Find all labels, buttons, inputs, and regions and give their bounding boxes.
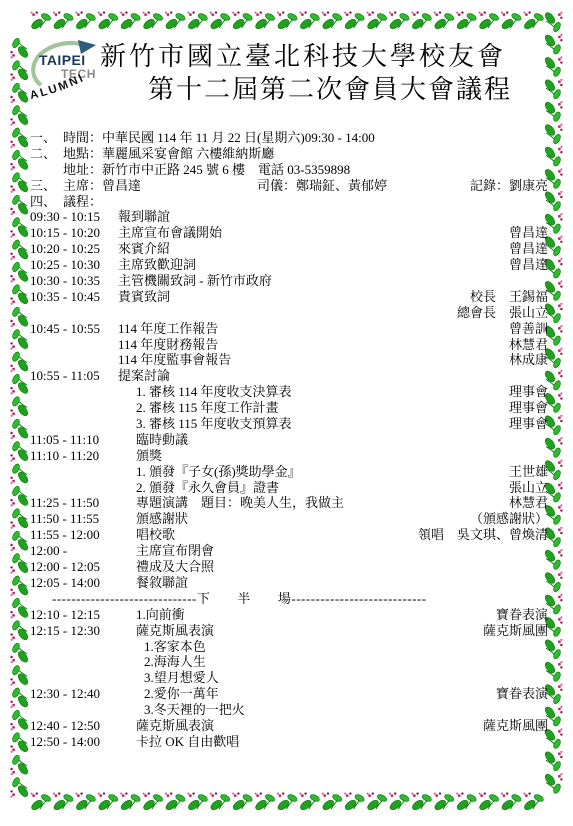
leaf-cluster-icon [30, 792, 52, 811]
agenda-presenter: 張山立 [509, 480, 548, 496]
leaf-cluster-icon [10, 597, 29, 619]
agenda-row: 2. 審核 115 年度工作計畫理事會 [30, 400, 548, 416]
info-row: 三、主席：曾昌達司儀：鄭瑞鉦、黃郁婷記錄：劉康亮 [30, 178, 548, 194]
info-number: 一、 [30, 130, 63, 146]
agenda-item-text: 2. 審核 115 年度工作計畫 [118, 400, 509, 416]
agenda-item-text: 禮成及大合照 [118, 559, 548, 575]
leaf-cluster-icon [120, 792, 142, 811]
organization-title: 新竹市國立臺北科技大學校友會 [100, 40, 548, 73]
agenda-item-text: 報到聯誼 [118, 209, 548, 225]
leaf-cluster-icon [10, 508, 29, 530]
agenda-item-text: 1. 審核 114 年度收支決算表 [118, 384, 509, 400]
agenda-row: 10:20 - 10:25來賓介紹曾昌達 [30, 241, 548, 257]
agenda-row: 12:00 -主席宣布閉會 [30, 543, 548, 559]
leaf-cluster-icon [52, 11, 74, 30]
leaf-cluster-icon [456, 792, 478, 811]
leaf-cluster-icon [10, 530, 29, 552]
agenda-item-text: 頒感謝狀 [118, 511, 470, 527]
logo-text-alumni: ALUMNI [29, 72, 87, 102]
leaf-cluster-icon [10, 575, 29, 597]
leaf-cluster-icon [209, 792, 231, 811]
agenda-row: 11:50 - 11:55頒感謝狀（頒感謝狀） [30, 511, 548, 527]
leaf-cluster-icon [544, 11, 563, 33]
leaf-cluster-icon [500, 792, 522, 811]
agenda-item-text: 2. 頒發『永久會員』證書 [118, 480, 509, 496]
agenda-item-text: 來賓介紹 [118, 241, 509, 257]
agenda-item-text: 114 年度財務報告 [118, 337, 509, 353]
leaf-cluster-icon [500, 11, 522, 30]
meeting-info-list: 一、時間：中華民國 114 年 11 月 22 日(星期六)09:30 - 14… [30, 130, 548, 209]
agenda-time [30, 337, 118, 353]
leaf-cluster-icon [10, 261, 29, 283]
leaf-cluster-icon [30, 11, 52, 30]
agenda-time [30, 352, 118, 368]
leaf-cluster-icon [10, 440, 29, 462]
agenda-presenter: （頒感謝狀） [470, 511, 548, 527]
info-row: 二、地點：華麗風采宴會館 六樓維納斯廳 [30, 146, 548, 162]
info-text: 時間：中華民國 114 年 11 月 22 日(星期六)09:30 - 14:0… [63, 130, 375, 146]
info-mid-text: 司儀：鄭瑞鉦、黃郁婷 [257, 178, 470, 194]
agenda-item-text: 卡拉 OK 自由歡唱 [118, 734, 548, 750]
leaf-cluster-icon [10, 664, 29, 686]
agenda-time: 12:30 - 12:40 [30, 686, 118, 702]
agenda-time: 12:50 - 14:00 [30, 734, 118, 750]
agenda-time: 11:55 - 12:00 [30, 527, 118, 543]
agenda-time: 10:45 - 10:55 [30, 321, 118, 337]
agenda-time: 11:10 - 11:20 [30, 448, 118, 464]
agenda-item-text: 提案討論 [118, 368, 548, 384]
agenda-time: 12:05 - 14:00 [30, 575, 118, 591]
agenda-presenter: 理事會 [509, 416, 548, 432]
agenda-time: 11:50 - 11:55 [30, 511, 118, 527]
leaf-cluster-icon [254, 792, 276, 811]
leaf-cluster-icon [544, 750, 563, 772]
leaf-cluster-icon [10, 351, 29, 373]
leaf-cluster-icon [456, 11, 478, 30]
agenda-row: 10:35 - 10:45貴賓致詞校長 王錫福 [30, 289, 548, 305]
agenda-row: 10:25 - 10:30主席致歡迎詞曾昌達 [30, 257, 548, 273]
leaf-cluster-icon [209, 11, 231, 30]
info-row: 四、議程： [30, 194, 548, 210]
agenda-item-text: 主席宣布會議開始 [118, 225, 509, 241]
agenda-time: 12:15 - 12:30 [30, 623, 118, 639]
info-number: 二、 [30, 146, 63, 162]
leaf-cluster-icon [10, 620, 29, 642]
leaf-cluster-icon [276, 792, 298, 811]
agenda-time: 11:25 - 11:50 [30, 495, 118, 511]
leaf-cluster-icon [10, 709, 29, 731]
agenda-row: 2. 頒發『永久會員』證書張山立 [30, 480, 548, 496]
agenda-row: 3. 審核 115 年度收支預算表理事會 [30, 416, 548, 432]
agenda-row: 11:55 - 12:00唱校歌領唱 吳文琪、曾煥清 [30, 527, 548, 543]
page-content: TAIPEI TECH ALUMNI 新竹市國立臺北科技大學校友會 第十二屆第二… [30, 36, 548, 750]
leaf-cluster-icon [10, 463, 29, 485]
leaf-cluster-icon [388, 11, 410, 30]
agenda-time: 10:25 - 10:30 [30, 257, 118, 273]
agenda-item-text: 薩克斯風表演 [118, 623, 483, 639]
taipei-tech-alumni-logo: TAIPEI TECH ALUMNI [26, 38, 100, 104]
agenda-time: 10:20 - 10:25 [30, 241, 118, 257]
agenda-item-text: 頒獎 [118, 448, 548, 464]
leaf-cluster-icon [97, 792, 119, 811]
agenda-presenter: 薩克斯風團 [483, 623, 548, 639]
agenda-presenter: 曾昌達 [509, 257, 548, 273]
agenda-time [30, 639, 118, 655]
agenda-item-text: 2.愛你一萬年 [118, 686, 496, 702]
info-number: 四、 [30, 194, 63, 210]
leaf-cluster-icon [142, 11, 164, 30]
agenda-item-text: 1. 頒發『子女(孫)獎助學金』 [118, 464, 509, 480]
info-number [30, 162, 63, 178]
agenda-item-text: 餐敘聯誼 [118, 575, 548, 591]
agenda-item-text: 3. 審核 115 年度收支預算表 [118, 416, 509, 432]
agenda-item-text: 主管機關致詞 - 新竹市政府 [118, 273, 548, 289]
agenda-time: 09:30 - 10:15 [30, 209, 118, 225]
leaf-cluster-icon [164, 792, 186, 811]
agenda-presenter: 理事會 [509, 400, 548, 416]
leaf-cluster-icon [366, 11, 388, 30]
agenda-time [30, 702, 118, 718]
agenda-presenter: 寶眷表演 [496, 686, 548, 702]
agenda-row: 1. 頒發『子女(孫)獎助學金』王世雄 [30, 464, 548, 480]
leaf-cluster-icon [10, 104, 29, 126]
agenda-item-text: 貴賓致詞 [118, 289, 470, 305]
info-text: 議程： [63, 194, 102, 210]
agenda-presenter: 曾昌達 [509, 225, 548, 241]
agenda-item-text: 主席宣布閉會 [118, 543, 548, 559]
leaf-cluster-icon [120, 11, 142, 30]
leaf-cluster-icon [544, 773, 563, 795]
agenda-item-text: 114 年度工作報告 [118, 321, 509, 337]
agenda-item-text: 3.望月想愛人 [118, 670, 548, 686]
agenda-presenter: 林成康 [509, 352, 548, 368]
agenda-item-text: 唱校歌 [118, 527, 418, 543]
agenda-time: 10:55 - 11:05 [30, 368, 118, 384]
agenda-item-text: 專題演講 題目：晚美人生，我做主 [118, 495, 509, 511]
agenda-presenter: 校長 王錫福 [470, 289, 548, 305]
agenda-row: 09:30 - 10:15報到聯誼 [30, 209, 548, 225]
agenda-row: 11:05 - 11:10臨時動議 [30, 432, 548, 448]
leaf-cluster-icon [433, 11, 455, 30]
agenda-time: 10:35 - 10:45 [30, 289, 118, 305]
agenda-time [30, 480, 118, 496]
info-text: 主席：曾昌達 [63, 178, 257, 194]
agenda-time: 12:00 - 12:05 [30, 559, 118, 575]
leaf-cluster-icon [10, 732, 29, 754]
leaf-cluster-icon [10, 127, 29, 149]
agenda-row: 10:55 - 11:05提案討論 [30, 368, 548, 384]
leaf-cluster-icon [232, 11, 254, 30]
leaf-cluster-icon [411, 11, 433, 30]
agenda-row: 114 年度監事會報告林成康 [30, 352, 548, 368]
leaf-cluster-icon [10, 396, 29, 418]
logo-graphic: TAIPEI TECH ALUMNI [26, 38, 100, 104]
agenda-item-text: 3.冬天裡的一把火 [118, 702, 548, 718]
agenda-row: 1.客家本色 [30, 639, 548, 655]
agenda-row: 12:00 - 12:05禮成及大合照 [30, 559, 548, 575]
leaf-cluster-icon [523, 792, 545, 811]
agenda-time: 12:10 - 12:15 [30, 607, 118, 623]
agenda-row: 11:25 - 11:50專題演講 題目：晚美人生，我做主林慧君 [30, 495, 548, 511]
agenda-row: 10:15 - 10:20主席宣布會議開始曾昌達 [30, 225, 548, 241]
agenda-time: 11:05 - 11:10 [30, 432, 118, 448]
agenda-document-page: TAIPEI TECH ALUMNI 新竹市國立臺北科技大學校友會 第十二屆第二… [0, 0, 573, 826]
agenda-presenter: 薩克斯風團 [483, 718, 548, 734]
leaf-cluster-icon [10, 149, 29, 171]
agenda-row: 3.望月想愛人 [30, 670, 548, 686]
agenda-presenter: 林慧君 [509, 337, 548, 353]
agenda-presenter: 林慧君 [509, 495, 548, 511]
leaf-cluster-icon [299, 11, 321, 30]
leaf-cluster-icon [10, 172, 29, 194]
leaf-cluster-icon [433, 792, 455, 811]
agenda-row: 11:10 - 11:20頒獎 [30, 448, 548, 464]
leaf-cluster-icon [276, 11, 298, 30]
leaf-cluster-icon [10, 328, 29, 350]
leaf-cluster-icon [10, 642, 29, 664]
leaf-cluster-icon [142, 792, 164, 811]
info-row: 地址：新竹市中正路 245 號 6 樓 電話 03-5359898 [30, 162, 548, 178]
agenda-row: 12:50 - 14:00卡拉 OK 自由歡唱 [30, 734, 548, 750]
agenda-row: 12:40 - 12:50薩克斯風表演薩克斯風團 [30, 718, 548, 734]
leaf-cluster-icon [321, 11, 343, 30]
agenda-time [30, 670, 118, 686]
leaf-cluster-icon [10, 754, 29, 776]
leaf-cluster-icon [10, 485, 29, 507]
leaf-cluster-icon [478, 11, 500, 30]
agenda-time [30, 654, 118, 670]
document-title-block: 新竹市國立臺北科技大學校友會 第十二屆第二次會員大會議程 [100, 36, 548, 106]
agenda-item-text [118, 305, 457, 321]
agenda-presenter: 曾善訓 [509, 321, 548, 337]
info-number: 三、 [30, 178, 63, 194]
leaf-cluster-icon [321, 792, 343, 811]
agenda-row: 1. 審核 114 年度收支決算表理事會 [30, 384, 548, 400]
agenda-row: 10:45 - 10:55114 年度工作報告曾善訓 [30, 321, 548, 337]
leaf-cluster-icon [344, 792, 366, 811]
agenda-row: 12:10 - 12:151.向前衝寶眷表演 [30, 607, 548, 623]
agenda-presenter: 領唱 吳文琪、曾煥清 [418, 527, 548, 543]
agenda-list: 09:30 - 10:15報到聯誼10:15 - 10:20主席宣布會議開始曾昌… [30, 209, 548, 749]
leaf-cluster-icon [388, 792, 410, 811]
leaf-cluster-icon [523, 11, 545, 30]
leaf-cluster-icon [232, 792, 254, 811]
agenda-item-text: 114 年度監事會報告 [118, 352, 509, 368]
leaf-cluster-icon [411, 792, 433, 811]
leaf-cluster-icon [187, 792, 209, 811]
agenda-time: 12:40 - 12:50 [30, 718, 118, 734]
leaf-cluster-icon [10, 239, 29, 261]
leaf-cluster-icon [52, 792, 74, 811]
agenda-time: 10:15 - 10:20 [30, 225, 118, 241]
agenda-row: 3.冬天裡的一把火 [30, 702, 548, 718]
leaf-cluster-icon [164, 11, 186, 30]
agenda-time [30, 305, 118, 321]
agenda-item-text: 1.客家本色 [118, 639, 548, 655]
leaf-cluster-icon [10, 194, 29, 216]
leaf-cluster-icon [187, 11, 209, 30]
agenda-item-text: 薩克斯風表演 [118, 718, 483, 734]
agenda-item-text: 1.向前衝 [118, 607, 496, 623]
agenda-presenter: 王世雄 [509, 464, 548, 480]
agenda-presenter: 總會長 張山立 [457, 305, 548, 321]
agenda-row: 12:30 - 12:402.愛你一萬年寶眷表演 [30, 686, 548, 702]
leaf-cluster-icon [10, 373, 29, 395]
agenda-presenter: 理事會 [509, 384, 548, 400]
leaf-cluster-icon [10, 284, 29, 306]
leaf-cluster-icon [75, 792, 97, 811]
info-right-text: 記錄：劉康亮 [470, 178, 548, 194]
leaf-cluster-icon [299, 792, 321, 811]
leaf-cluster-icon [10, 776, 29, 798]
agenda-presenter: 曾昌達 [509, 241, 548, 257]
meeting-title: 第十二屆第二次會員大會議程 [100, 73, 548, 106]
agenda-time [30, 400, 118, 416]
leaf-cluster-icon [478, 792, 500, 811]
leaf-cluster-icon [10, 216, 29, 238]
agenda-time [30, 416, 118, 432]
agenda-time [30, 384, 118, 400]
agenda-time: 10:30 - 10:35 [30, 273, 118, 289]
agenda-body: 一、時間：中華民國 114 年 11 月 22 日(星期六)09:30 - 14… [30, 130, 548, 750]
agenda-row: 10:30 - 10:35主管機關致詞 - 新竹市政府 [30, 273, 548, 289]
leaf-cluster-icon [254, 11, 276, 30]
leaf-cluster-icon [10, 552, 29, 574]
info-row: 一、時間：中華民國 114 年 11 月 22 日(星期六)09:30 - 14… [30, 130, 548, 146]
agenda-time [30, 464, 118, 480]
agenda-row: 114 年度財務報告林慧君 [30, 337, 548, 353]
info-text: 地點：華麗風采宴會館 六樓維納斯廳 [63, 146, 274, 162]
agenda-item-text: 2.海海人生 [118, 654, 548, 670]
info-text: 地址：新竹市中正路 245 號 6 樓 電話 03-5359898 [63, 162, 350, 178]
logo-text-taipei: TAIPEI [39, 52, 85, 68]
agenda-row: 12:15 - 12:30薩克斯風表演薩克斯風團 [30, 623, 548, 639]
leaf-cluster-icon [10, 418, 29, 440]
agenda-time: 12:00 - [30, 543, 118, 559]
leaf-cluster-icon [366, 792, 388, 811]
leaf-cluster-icon [344, 11, 366, 30]
agenda-row: 總會長 張山立 [30, 305, 548, 321]
leaf-cluster-icon [10, 687, 29, 709]
agenda-row: 2.海海人生 [30, 654, 548, 670]
second-half-separator: ------------------------------下 半 場-----… [30, 591, 548, 607]
agenda-presenter: 寶眷表演 [496, 607, 548, 623]
leaf-cluster-icon [75, 11, 97, 30]
leaf-cluster-icon [97, 11, 119, 30]
leaf-cluster-icon [10, 306, 29, 328]
agenda-row: 12:05 - 14:00餐敘聯誼 [30, 575, 548, 591]
agenda-item-text: 臨時動議 [118, 432, 548, 448]
agenda-item-text: 主席致歡迎詞 [118, 257, 509, 273]
